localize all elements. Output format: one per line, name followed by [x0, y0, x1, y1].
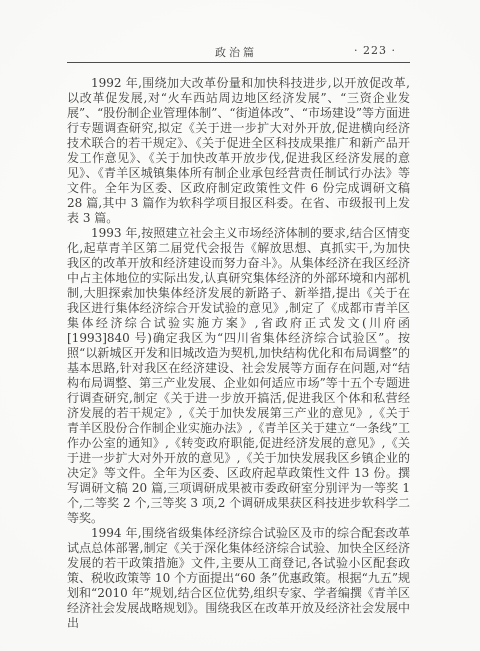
paragraph-1992: 1992 年,围绕加大改革份量和加快科技进步,以开放促改革,以改革促发展,对“火… [67, 76, 410, 226]
section-title: 政治篇 [215, 44, 257, 60]
book-page: 政治篇 · 223 · 1992 年,围绕加大改革份量和加快科技进步,以开放促改… [0, 0, 480, 651]
page-number: · 223 · [354, 44, 396, 57]
page-content: 政治篇 · 223 · 1992 年,围绕加大改革份量和加快科技进步,以开放促改… [67, 44, 410, 631]
paragraph-1993: 1993 年,按照建立社会主义市场经济体制的要求,结合区情变化,起草青羊区第二届… [67, 226, 410, 526]
paragraph-1994: 1994 年,围绕省级集体经济综合试验区及市的综合配套改革试点总体部署,制定《关… [67, 526, 410, 631]
page-body: 1992 年,围绕加大改革份量和加快科技进步,以开放促改革,以改革促发展,对“火… [67, 76, 410, 631]
header-rule [67, 62, 410, 63]
page-header: 政治篇 · 223 · [67, 44, 410, 61]
